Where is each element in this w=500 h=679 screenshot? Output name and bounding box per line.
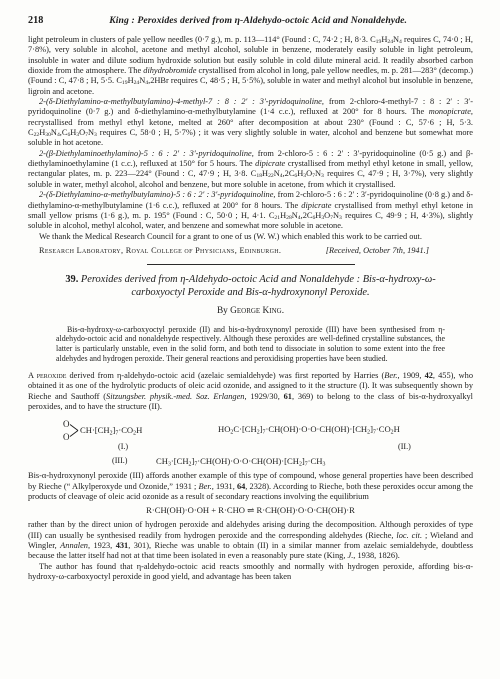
article-byline: By George King. <box>28 306 473 316</box>
paragraph-acknowledgement: We thank the Medical Research Council fo… <box>28 232 473 242</box>
running-title: King : Peroxides derived from η-Aldehydo… <box>43 15 473 26</box>
paragraph-compound-2: 2-(β-Diethylaminoethylamino)-5 : 6 : 2′ … <box>28 149 473 190</box>
ring-oxygen-bottom: O <box>63 432 70 442</box>
article-body: A peroxide derived from η-aldehydo-octoi… <box>28 371 473 582</box>
article-39: 39. Peroxides derived from η-Aldehydo-oc… <box>28 273 473 582</box>
formula-III: CH3·[CH2]7·CH(OH)·O·O·CH(OH)·[CH2]7·CH3 <box>156 456 325 466</box>
section-divider <box>147 264 355 265</box>
paragraph-continuation: light petroleum in clusters of pale yell… <box>28 35 473 97</box>
paragraph-rather: rather than by the direct union of hydro… <box>28 520 473 561</box>
journal-page: 218 King : Peroxides derived from η-Alde… <box>0 0 500 679</box>
formula-II-label: (II.) <box>398 442 411 451</box>
laboratory-address: Research Laboratory, Royal College of Ph… <box>28 246 281 255</box>
received-date: [Received, October 7th, 1941.] <box>326 246 473 255</box>
paragraph-compound-1: 2-(δ-Diethylamino-α-methylbutylamino)-4-… <box>28 97 473 149</box>
formula-III-label: (III.) <box>112 456 128 465</box>
ring-bond-top <box>70 425 78 431</box>
chemical-scheme: O O CH·[CH2]7·CO2H (I.) HO2C·[CH2]7·CH(O… <box>28 414 473 471</box>
page-number: 218 <box>28 15 43 26</box>
ring-bond-bottom <box>70 431 78 437</box>
paragraph-compound-3: 2-(δ-Diethylamino-α-methylbutylamino)-5 … <box>28 190 473 231</box>
ring-oxygen-top: O <box>63 419 70 429</box>
paragraph-rieche: Bis-α-hydroxynonyl peroxide (III) afford… <box>28 471 473 502</box>
signoff-line: Research Laboratory, Royal College of Ph… <box>28 246 473 255</box>
paragraph-intro: A peroxide derived from η-aldehydo-octoi… <box>28 371 473 412</box>
formula-II: HO2C·[CH2]7·CH(OH)·O·O·CH(OH)·[CH2]7·CO2… <box>218 424 400 434</box>
formula-I-label: (I.) <box>118 442 128 451</box>
page-content: 218 King : Peroxides derived from η-Alde… <box>28 15 473 582</box>
article-abstract: Bis-α-hydroxy-ω-carboxyoctyl peroxide (I… <box>56 325 445 364</box>
epoxide-ring-diagram: O O <box>62 418 79 442</box>
equilibrium-equation: R·CH(OH)·O·OH + R·CHO ⇌ R·CH(OH)·O·O·CH(… <box>28 505 473 516</box>
paragraph-author: The author has found that η-aldehydo-oct… <box>28 562 473 583</box>
experimental-section: light petroleum in clusters of pale yell… <box>28 35 473 255</box>
formula-I-text: CH·[CH2]7·CO2H <box>80 425 142 435</box>
formula-I: O O CH·[CH2]7·CO2H <box>62 418 142 442</box>
running-head: 218 King : Peroxides derived from η-Alde… <box>28 15 473 26</box>
article-title: 39. Peroxides derived from η-Aldehydo-oc… <box>42 273 459 300</box>
